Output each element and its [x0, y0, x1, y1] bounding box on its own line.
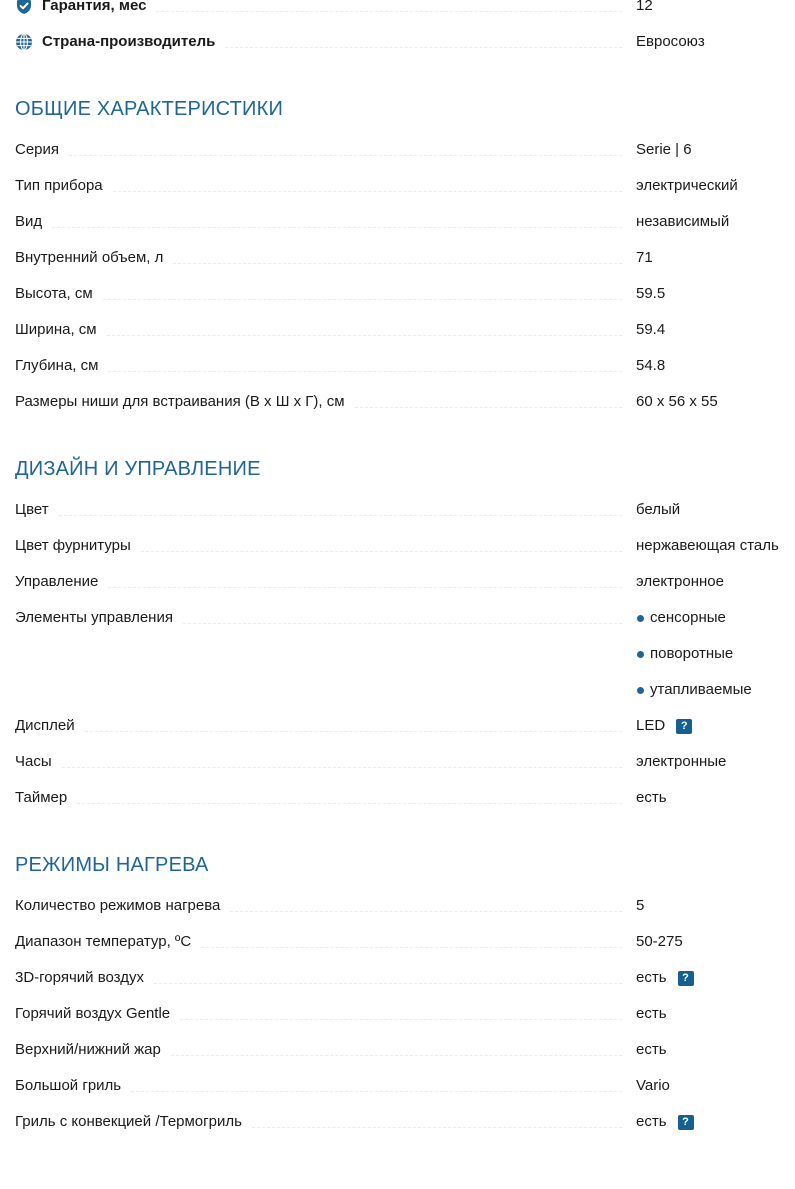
spec-value: белый: [636, 501, 795, 527]
dotted-leader: [355, 407, 622, 408]
dotted-leader: [113, 191, 622, 192]
spec-label: Ширина, см: [15, 321, 97, 347]
dotted-leader: [108, 371, 622, 372]
spec-row: Цвет фурнитурынержавеющая сталь: [15, 527, 795, 563]
spec-row: СерияSerie | 6: [15, 131, 795, 167]
dotted-leader: [62, 767, 622, 768]
spec-row: Часыэлектронные: [15, 743, 795, 779]
spec-value: есть: [636, 1041, 795, 1067]
spec-row: Внутренний объем, л71: [15, 239, 795, 275]
spec-value: электрический: [636, 177, 795, 203]
spec-value: нержавеющая сталь: [636, 537, 795, 563]
dotted-leader: [85, 731, 622, 732]
spec-value: 5: [636, 897, 795, 923]
spec-row: Цветбелый: [15, 491, 795, 527]
spec-value-list-item: утапливаемые: [636, 681, 795, 707]
dotted-leader: [171, 1055, 622, 1056]
spec-row: Глубина, см54.8: [15, 347, 795, 383]
spec-label: Цвет фурнитуры: [15, 537, 131, 563]
dotted-leader: [154, 983, 622, 984]
dotted-leader: [103, 299, 622, 300]
spec-label: Таймер: [15, 789, 67, 815]
spec-label: Цвет: [15, 501, 49, 527]
dotted-leader: [59, 515, 622, 516]
section-general: ОБЩИЕ ХАРАКТЕРИСТИКИ СерияSerie | 6 Тип …: [15, 91, 795, 419]
spec-label: Горячий воздух Gentle: [15, 1005, 170, 1031]
dotted-leader: [77, 803, 622, 804]
spec-row: Управлениеэлектронное: [15, 563, 795, 599]
dotted-leader: [225, 47, 622, 48]
spec-label: Количество режимов нагрева: [15, 897, 220, 923]
spec-label: Управление: [15, 573, 98, 599]
help-icon[interactable]: ?: [676, 719, 692, 734]
spec-row: Виднезависимый: [15, 203, 795, 239]
spec-row: Таймересть: [15, 779, 795, 815]
section-title: ОБЩИЕ ХАРАКТЕРИСТИКИ: [15, 91, 795, 127]
help-icon[interactable]: ?: [678, 971, 694, 986]
spec-value: электронные: [636, 753, 795, 779]
spec-row: Большой грильVario: [15, 1067, 795, 1103]
spec-value: 54.8: [636, 357, 795, 383]
spec-value: LED: [636, 717, 665, 735]
dotted-leader: [252, 1127, 622, 1128]
spec-row: Тип прибораэлектрический: [15, 167, 795, 203]
spec-sheet: Гарантия, мес 12 Страна-производитель: [0, 0, 795, 1139]
section-design-control: ДИЗАЙН И УПРАВЛЕНИЕ Цветбелый Цвет фурни…: [15, 451, 795, 815]
spec-value: есть: [636, 1005, 795, 1031]
dotted-leader: [141, 551, 622, 552]
spec-subrow: поворотные: [15, 635, 795, 671]
spec-value: независимый: [636, 213, 795, 239]
bullet-icon: [637, 615, 644, 622]
key-specs: Гарантия, мес 12 Страна-производитель: [15, 0, 795, 59]
spec-label: Вид: [15, 213, 42, 239]
spec-row-country: Страна-производитель Евросоюз: [15, 23, 795, 59]
section-title: ДИЗАЙН И УПРАВЛЕНИЕ: [15, 451, 795, 487]
spec-label: Внутренний объем, л: [15, 249, 163, 275]
spec-label: Гриль с конвекцией /Термогриль: [15, 1113, 242, 1139]
spec-value: Евросоюз: [636, 33, 795, 59]
spec-value-list-item: сенсорные: [636, 609, 795, 635]
spec-label: Страна-производитель: [42, 33, 215, 51]
spec-label: Часы: [15, 753, 52, 779]
spec-value-list-item: поворотные: [636, 645, 795, 671]
dotted-leader: [107, 335, 622, 336]
dotted-leader: [52, 227, 622, 228]
dotted-leader: [183, 623, 622, 624]
bullet-icon: [637, 687, 644, 694]
spec-row-warranty: Гарантия, мес 12: [15, 0, 795, 23]
section-title: РЕЖИМЫ НАГРЕВА: [15, 847, 795, 883]
dotted-leader: [173, 263, 622, 264]
spec-label: Размеры ниши для встраивания (В х Ш х Г)…: [15, 393, 345, 419]
spec-label: Серия: [15, 141, 59, 167]
shield-check-icon: [15, 0, 33, 15]
dotted-leader: [69, 155, 622, 156]
spec-row: Горячий воздух Gentleесть: [15, 995, 795, 1031]
spec-value: есть: [636, 1113, 667, 1131]
spec-row: Верхний/нижний жаресть: [15, 1031, 795, 1067]
spec-label: Дисплей: [15, 717, 75, 743]
spec-row: Количество режимов нагрева5: [15, 887, 795, 923]
spec-label: Высота, см: [15, 285, 93, 311]
spec-label: Большой гриль: [15, 1077, 121, 1103]
spec-row: Высота, см59.5: [15, 275, 795, 311]
spec-value: Serie | 6: [636, 141, 795, 167]
globe-icon: [15, 33, 33, 51]
spec-row: Диапазон температур, ºС50-275: [15, 923, 795, 959]
spec-label: Диапазон температур, ºС: [15, 933, 191, 959]
dotted-leader: [108, 587, 622, 588]
spec-value: 60 x 56 x 55: [636, 393, 795, 419]
dotted-leader: [201, 947, 622, 948]
spec-value: есть: [636, 969, 667, 987]
dotted-leader: [131, 1091, 622, 1092]
dotted-leader: [230, 911, 622, 912]
dotted-leader: [156, 11, 622, 12]
dotted-leader: [180, 1019, 622, 1020]
spec-label: Верхний/нижний жар: [15, 1041, 161, 1067]
spec-value: 50-275: [636, 933, 795, 959]
help-icon[interactable]: ?: [678, 1115, 694, 1130]
spec-value: 12: [636, 0, 795, 23]
section-heating-modes: РЕЖИМЫ НАГРЕВА Количество режимов нагрев…: [15, 847, 795, 1139]
spec-row: Ширина, см59.4: [15, 311, 795, 347]
spec-value: электронное: [636, 573, 795, 599]
spec-value: Vario: [636, 1077, 795, 1103]
spec-label: Гарантия, мес: [42, 0, 146, 15]
spec-value: 59.4: [636, 321, 795, 347]
spec-label: Элементы управления: [15, 609, 173, 635]
bullet-icon: [637, 651, 644, 658]
spec-value: есть: [636, 789, 795, 815]
spec-row-controls: Элементы управления сенсорные: [15, 599, 795, 635]
spec-label: Глубина, см: [15, 357, 98, 383]
spec-row: Гриль с конвекцией /Термогриль есть?: [15, 1103, 795, 1139]
spec-value: 71: [636, 249, 795, 275]
spec-row: Размеры ниши для встраивания (В х Ш х Г)…: [15, 383, 795, 419]
spec-subrow: утапливаемые: [15, 671, 795, 707]
spec-row: Дисплей LED?: [15, 707, 795, 743]
spec-row: 3D-горячий воздух есть?: [15, 959, 795, 995]
spec-label: Тип прибора: [15, 177, 103, 203]
spec-value: 59.5: [636, 285, 795, 311]
spec-label: 3D-горячий воздух: [15, 969, 144, 995]
